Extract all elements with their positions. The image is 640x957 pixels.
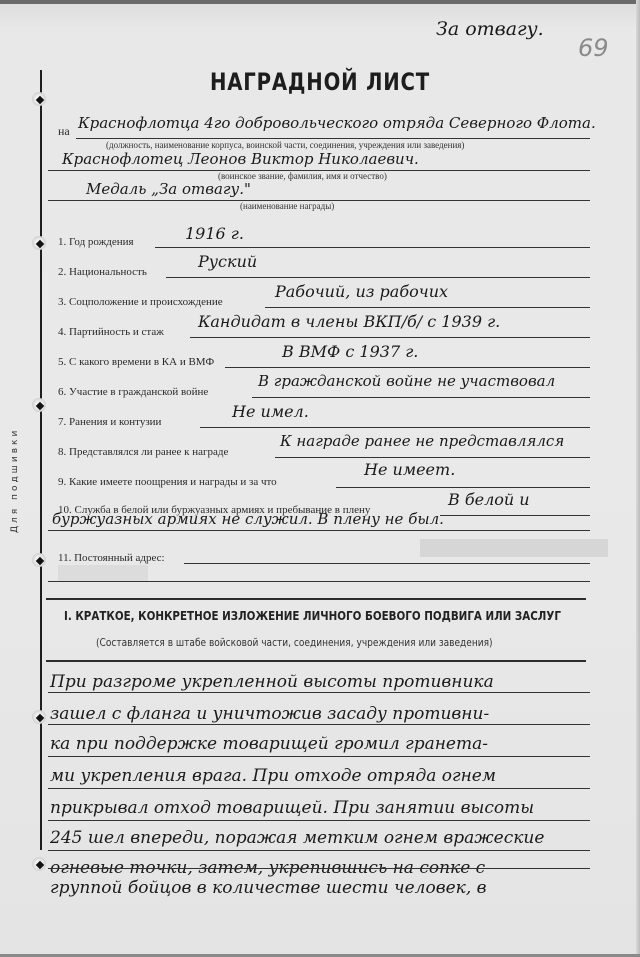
rule — [48, 530, 590, 531]
scan-top-edge — [0, 0, 640, 4]
rule — [200, 427, 590, 428]
punch-hole-icon — [32, 710, 46, 724]
field-value: Кандидат в члены ВКП/б/ с 1939 г. — [198, 312, 500, 331]
field-value: Не имел. — [232, 402, 309, 421]
rule — [48, 724, 590, 725]
field-value: 1916 г. — [185, 224, 244, 243]
binding-margin-line — [40, 70, 42, 850]
rule — [48, 692, 590, 693]
field-label: 9. Какие имеете поощрения и награды и за… — [58, 476, 277, 488]
punch-hole-icon — [32, 857, 46, 871]
field-label: 8. Представлялся ли ранее к награде — [58, 446, 228, 458]
rule — [155, 247, 590, 248]
field-value: Не имеет. — [364, 460, 455, 479]
corner-note: За отвагу. — [436, 18, 544, 40]
field-value: В белой и — [448, 490, 530, 509]
section-title: I. КРАТКОЕ, КОНКРЕТНОЕ ИЗЛОЖЕНИЕ ЛИЧНОГО… — [64, 609, 561, 623]
field-label: 1. Год рождения — [58, 236, 134, 248]
punch-hole-icon — [32, 553, 46, 567]
field-value-continuation: буржуазных армиях не служил. В плену не … — [52, 510, 444, 528]
rule — [225, 367, 590, 368]
award-caption: (наименование награды) — [240, 201, 334, 211]
rule — [48, 868, 590, 869]
field-label: 2. Национальность — [58, 266, 147, 278]
award-name: Медаль „За отвагу." — [86, 180, 251, 198]
unit-caption: (должность, наименование корпуса, воинск… — [106, 140, 464, 150]
narrative-line: прикрывал отход товарищей. При занятии в… — [50, 798, 534, 818]
redacted-address — [420, 539, 608, 557]
narrative-line: 245 шел впереди, поражая метким огнем вр… — [50, 828, 544, 848]
section-subtitle: (Составляется в штабе войсковой части, с… — [96, 637, 493, 649]
rule — [166, 277, 590, 278]
field-value: Рабочий, из рабочих — [275, 282, 448, 301]
recipient-unit: Краснофлотца 4го добровольческого отряда… — [78, 114, 596, 132]
field-label: 7. Ранения и контузии — [58, 416, 161, 428]
page-number: 69 — [578, 34, 609, 62]
rule — [275, 457, 590, 458]
rule — [184, 563, 590, 564]
narrative-line: ми укрепления врага. При отходе отряда о… — [50, 766, 496, 786]
field-label: 4. Партийность и стаж — [58, 326, 164, 338]
punch-hole-icon — [32, 236, 46, 250]
rule — [48, 788, 590, 789]
field-label: 11. Постоянный адрес: — [58, 552, 165, 564]
narrative-line: зашел с фланга и уничтожив засаду против… — [50, 704, 489, 724]
rule — [48, 820, 590, 821]
field-label: 6. Участие в гражданской войне — [58, 386, 208, 398]
field-value: К награде ранее не представлялся — [280, 432, 564, 450]
field-value: В ВМФ с 1937 г. — [282, 342, 418, 361]
award-sheet-page: Для подшивки За отвагу. 69 НАГРАДНОЙ ЛИС… — [0, 0, 640, 957]
field-value: В гражданской войне не участвовал — [258, 372, 555, 390]
narrative-line: При разгроме укрепленной высоты противни… — [50, 672, 494, 692]
narrative-line: ка при поддержке товарищей громил гранет… — [50, 734, 488, 754]
scan-right-edge — [636, 0, 640, 957]
rule — [48, 850, 590, 851]
rule — [48, 581, 590, 582]
field-label: 5. С какого времени в КА и ВМФ — [58, 356, 214, 368]
rule — [76, 138, 590, 139]
section-divider — [46, 598, 586, 600]
binding-side-label: Для подшивки — [10, 410, 30, 550]
rule — [336, 487, 590, 488]
rule — [190, 337, 590, 338]
section-divider — [46, 660, 586, 662]
redacted-address — [58, 565, 148, 581]
page-title: НАГРАДНОЙ ЛИСТ — [58, 68, 583, 96]
punch-hole-icon — [32, 398, 46, 412]
field-value: Руский — [198, 252, 257, 271]
rule — [440, 515, 590, 516]
field-label: 3. Соцположение и происхождение — [58, 296, 223, 308]
recipient-prefix: на — [58, 124, 70, 139]
punch-hole-icon — [32, 92, 46, 106]
narrative-line: группой бойцов в количестве шести челове… — [50, 878, 487, 898]
rule — [48, 756, 590, 757]
recipient-name: Краснофлотец Леонов Виктор Николаевич. — [62, 150, 419, 168]
rule — [265, 307, 590, 308]
rule — [252, 397, 590, 398]
